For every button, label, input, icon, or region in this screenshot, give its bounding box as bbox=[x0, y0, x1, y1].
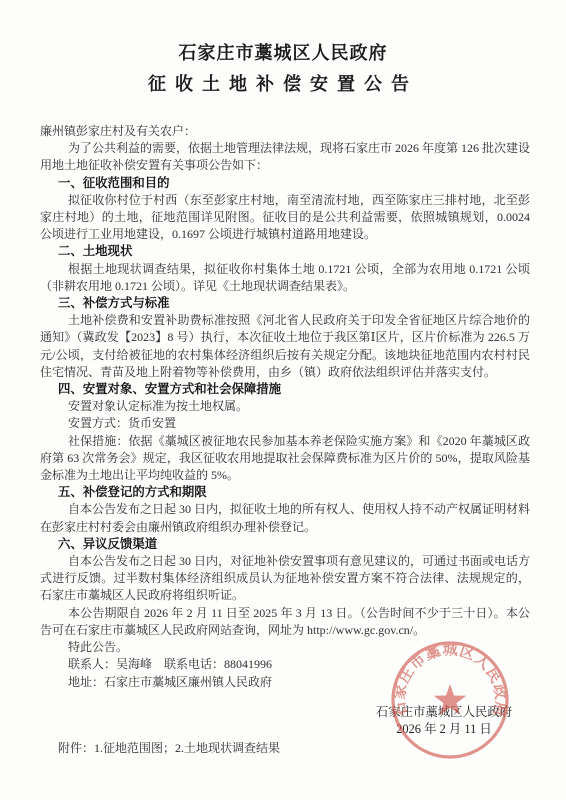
document-body: 廉州镇彭家庄村及有关农户： 为了公共利益的需要，依据土地管理法律法规，现将石家庄… bbox=[0, 123, 566, 691]
paragraph: 安置对象认定标准为按土地权属。 bbox=[40, 398, 530, 415]
section-objection-feedback: 六、异议反馈渠道 自本公告发布之日起 30 日内，对征地补偿安置事项有意见建议的… bbox=[40, 536, 530, 639]
section-heading: 一、征收范围和目的 bbox=[40, 175, 530, 192]
signature-date: 2026 年 2 月 11 日 bbox=[334, 721, 554, 738]
section-resettlement: 四、安置对象、安置方式和社会保障措施 安置对象认定标准为按土地权属。 安置方式：… bbox=[40, 381, 530, 484]
paragraph: 自本公告发布之日起 30 日内，拟征收土地的所有权人、使用权人持不动产权属证明材… bbox=[40, 501, 530, 535]
section-heading: 五、补偿登记的方式和期限 bbox=[40, 484, 530, 501]
paragraph: 土地补偿费和安置补助费标准按照《河北省人民政府关于印发全省征地区片综合地价的通知… bbox=[40, 312, 530, 381]
section-heading: 六、异议反馈渠道 bbox=[40, 536, 530, 553]
section-heading: 三、补偿方式与标准 bbox=[40, 295, 530, 312]
announcement-document: 石家庄市藁城区人民政府 征收土地补偿安置公告 廉州镇彭家庄村及有关农户： 为了公… bbox=[0, 0, 566, 800]
section-heading: 二、土地现状 bbox=[40, 243, 530, 260]
paragraph: 拟征收你村位于村西（东至彭家庄村地，南至清流村地，西至陈家庄三排村地，北至彭家庄… bbox=[40, 192, 530, 244]
section-heading: 四、安置对象、安置方式和社会保障措施 bbox=[40, 381, 530, 398]
paragraph: 社保措施：依据《藁城区被征地农民参加基本养老保险实施方案》和《2020 年藁城区… bbox=[40, 433, 530, 485]
salutation: 廉州镇彭家庄村及有关农户： bbox=[40, 123, 530, 140]
paragraph: 安置方式：货币安置 bbox=[40, 415, 530, 432]
section-scope-purpose: 一、征收范围和目的 拟征收你村位于村西（东至彭家庄村地，南至清流村地，西至陈家庄… bbox=[40, 175, 530, 244]
signature-block: 石家庄市藁城区人民政府 2026 年 2 月 11 日 bbox=[334, 704, 554, 738]
attachment-line: 附件：1.征地范围图；2.土地现状调查结果 bbox=[58, 739, 280, 756]
paragraph: 自本公告发布之日起 30 日内，对征地补偿安置事项有意见建议的，可通过书面或电话… bbox=[40, 553, 530, 605]
paragraph: 本公告期限自 2026 年 2 月 11 日至 2025 年 3 月 13 日。… bbox=[40, 605, 530, 639]
intro-paragraph: 为了公共利益的需要，依据土地管理法律法规，现将石家庄市 2026 年度第 126… bbox=[40, 140, 530, 174]
contact-line: 联系人：吴海峰 联系电话：88041996 bbox=[40, 656, 530, 673]
announcement-title: 征收土地补偿安置公告 bbox=[0, 73, 566, 95]
signature-issuer: 石家庄市藁城区人民政府 bbox=[334, 704, 554, 721]
issuing-authority-title: 石家庄市藁城区人民政府 bbox=[0, 42, 566, 64]
section-compensation-standard: 三、补偿方式与标准 土地补偿费和安置补助费标准按照《河北省人民政府关于印发全省征… bbox=[40, 295, 530, 381]
title-block: 石家庄市藁城区人民政府 征收土地补偿安置公告 bbox=[0, 0, 566, 95]
section-registration: 五、补偿登记的方式和期限 自本公告发布之日起 30 日内，拟征收土地的所有权人、… bbox=[40, 484, 530, 536]
section-land-status: 二、土地现状 根据土地现状调查结果，拟征收你村集体土地 0.1721 公顷，全部… bbox=[40, 243, 530, 295]
closing-declaration: 特此公告。 bbox=[40, 639, 530, 656]
address-line: 地址：石家庄市藁城区廉州镇人民政府 bbox=[40, 674, 530, 691]
paragraph: 根据土地现状调查结果，拟征收你村集体土地 0.1721 公顷，全部为农用地 0.… bbox=[40, 261, 530, 295]
